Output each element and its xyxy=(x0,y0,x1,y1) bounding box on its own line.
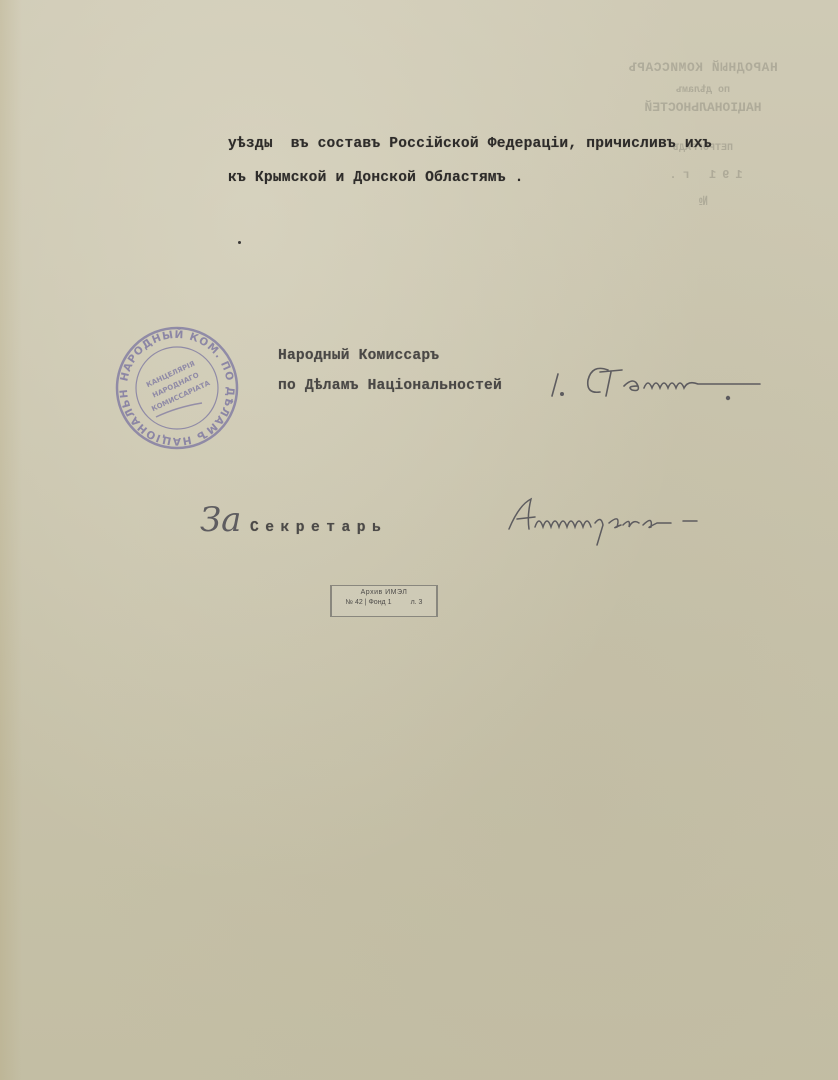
handwritten-prefix: За xyxy=(200,500,241,540)
signatory-title-line1: Народный Комиссаръ xyxy=(278,348,439,364)
archive-sheet-number: л. 3 xyxy=(411,599,423,606)
archive-stamp: Архив ИМЭЛ № 42 | Фонд 1 л. 3 xyxy=(330,585,438,617)
ink-speck xyxy=(238,241,241,244)
bleed-through-letterhead: НАРОДНЫЙ КОМИССАРЪ по дѣламъ НАЦIОНАЛЬНО… xyxy=(578,60,828,210)
archive-stamp-title: Архив ИМЭЛ xyxy=(332,589,436,596)
letterhead-line: 191 г. xyxy=(578,168,828,182)
handwritten-signature-secretary xyxy=(505,495,705,550)
body-text-line: къ Крымской и Донской Областямъ . xyxy=(228,170,524,186)
body-text-line: уѣзды въ составъ Россiйской Федерацiи, п… xyxy=(228,136,712,152)
signatory-title-line2: по Дѣламъ Нацiональностей xyxy=(278,378,502,394)
letterhead-line: НАЦIОНАЛЬНОСТЕЙ xyxy=(578,100,828,115)
document-page: НАРОДНЫЙ КОМИССАРЪ по дѣламъ НАЦIОНАЛЬНО… xyxy=(0,0,838,1080)
letterhead-line: по дѣламъ xyxy=(578,85,828,96)
official-round-stamp: НАРОДНЫЙ КОМ. ПО ДѢЛАМЪ НАЦIОНАЛЬНОСТЕЙ … xyxy=(114,325,240,451)
letterhead-line: НАРОДНЫЙ КОМИССАРЪ xyxy=(578,60,828,75)
handwritten-signature-stalin xyxy=(548,356,768,406)
archive-fond-number: № 42 | Фонд 1 xyxy=(346,599,392,606)
secretary-label: Секретарь xyxy=(250,520,387,536)
letterhead-line: № xyxy=(578,194,828,210)
archive-stamp-reference: № 42 | Фонд 1 л. 3 xyxy=(332,599,436,606)
